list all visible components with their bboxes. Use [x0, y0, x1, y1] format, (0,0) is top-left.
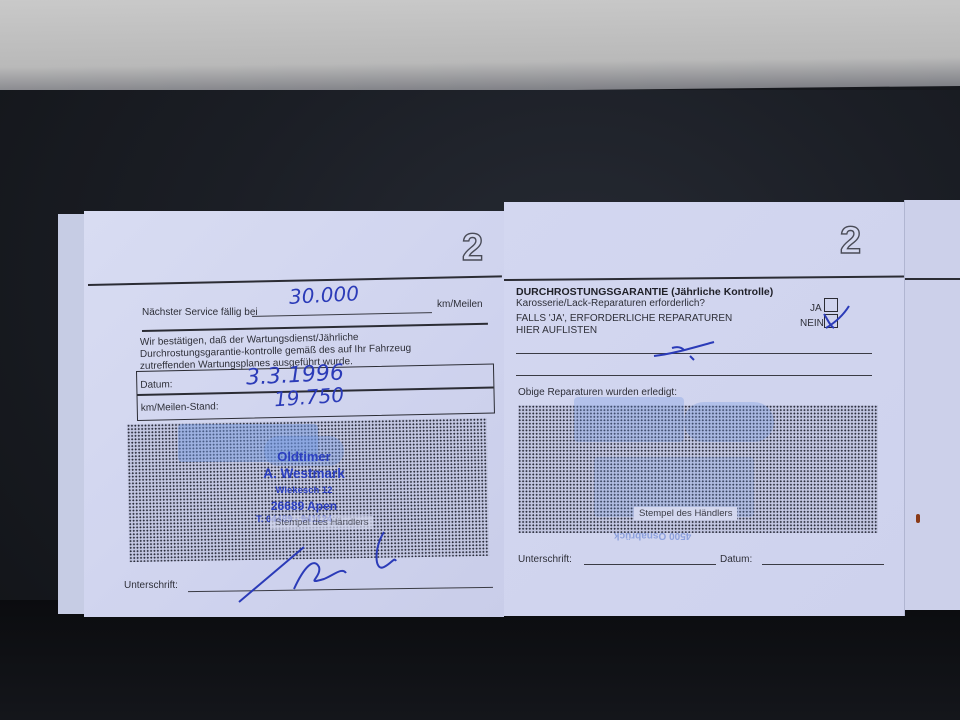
signature-label: Unterschrift:: [124, 580, 178, 591]
next-service-value[interactable]: 30.000: [288, 281, 359, 309]
mileage-value[interactable]: 19.750: [273, 383, 344, 412]
rust-spot: [916, 514, 920, 523]
page-number-right: 2: [840, 220, 861, 263]
warranty-heading: DURCHROSTUNGSGARANTIE (Jährliche Kontrol…: [516, 286, 773, 298]
section-rule: [142, 323, 488, 332]
page-number-left: 2: [462, 227, 483, 270]
header-rule: [504, 276, 904, 281]
instruction-line-2: HIER AUFLISTEN: [516, 325, 597, 336]
signature-label: Unterschrift:: [518, 554, 572, 565]
no-label: NEIN: [800, 318, 824, 329]
service-booklet: 2 Nächster Service fällig bei 30.000 km/…: [58, 198, 960, 618]
date-label: Datum:: [720, 554, 752, 565]
next-service-line: [252, 312, 432, 317]
date-line: [762, 564, 884, 565]
next-page-rule: [905, 278, 960, 280]
next-page-edge[interactable]: [904, 200, 960, 610]
unit-label: km/Meilen: [437, 299, 483, 310]
repairs-dash-mark: [652, 340, 722, 362]
right-page: 2 DURCHROSTUNGSGARANTIE (Jährliche Kontr…: [504, 202, 905, 616]
no-check-mark: [822, 302, 852, 332]
stamp-line-4: 26689 Apen: [204, 499, 404, 513]
left-page: 2 Nächster Service fällig bei 30.000 km/…: [84, 211, 504, 617]
stamp-line-3: Wiekesch 12: [204, 485, 404, 496]
faded-stamp-mark: [574, 397, 684, 442]
stamp-line-1: Oldtimer: [204, 449, 404, 464]
mileage-label: km/Meilen-Stand:: [141, 401, 219, 414]
date-label: Datum:: [140, 379, 172, 391]
stamp-line-2: A. Westmark: [204, 466, 404, 481]
repair-question: Karosserie/Lack-Reparaturen erforderlich…: [516, 298, 705, 309]
signature-line: [584, 564, 716, 565]
faded-stamp-mirror-text: 4500 Osnabrück: [614, 530, 691, 541]
next-service-label: Nächster Service fällig bei: [142, 307, 258, 318]
signature-scribble: [234, 527, 404, 607]
repairs-line-2: [516, 375, 872, 376]
yes-label: JA: [810, 303, 822, 314]
instruction-line-1: FALLS 'JA', ERFORDERLICHE REPARATUREN: [516, 313, 732, 324]
background-top-surface: [0, 0, 960, 96]
background-shadow: [0, 600, 960, 720]
dealer-stamp-label: Stempel des Händlers: [634, 507, 737, 520]
faded-stamp-logo: [684, 402, 774, 442]
